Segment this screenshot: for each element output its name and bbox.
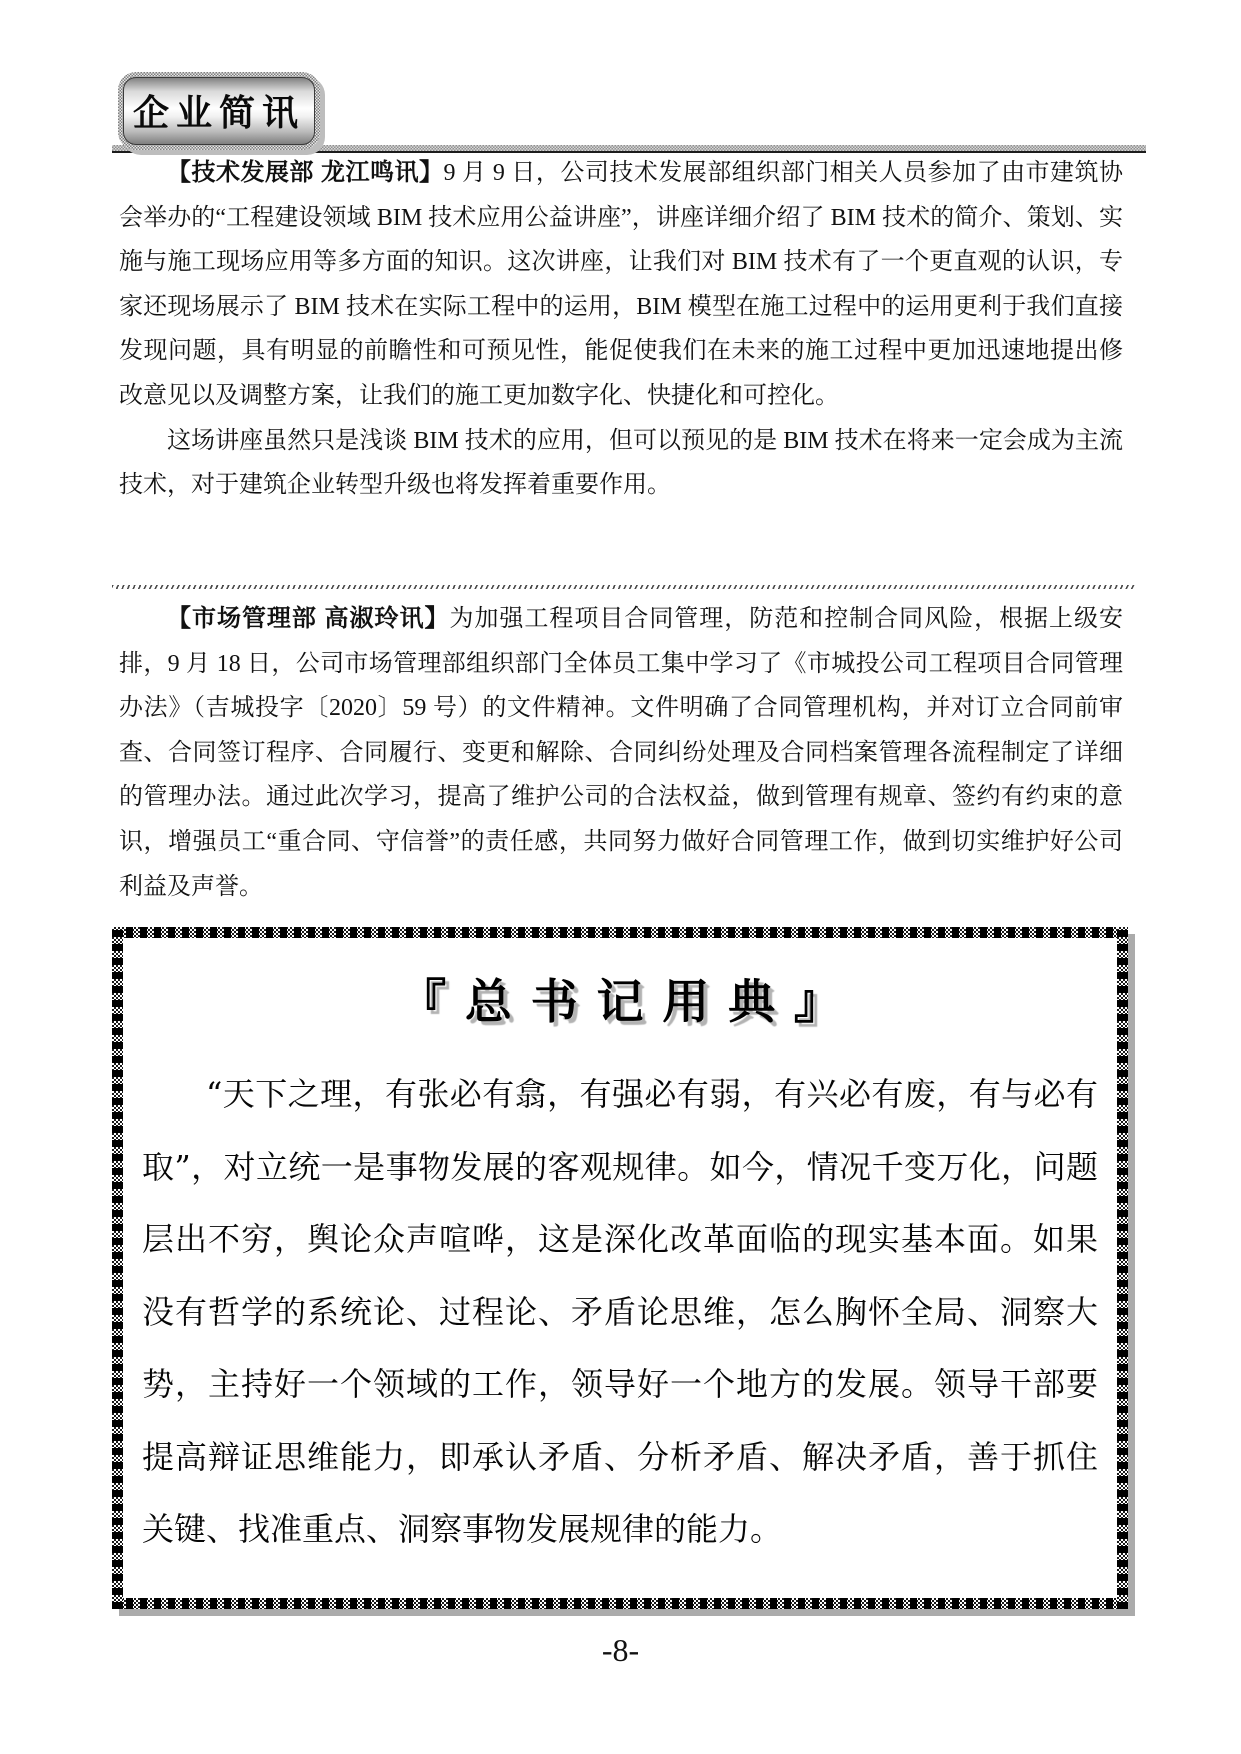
section-badge: 企业简讯 <box>118 72 320 150</box>
article-paragraph: 【技术发展部 龙江鸣讯】9 月 9 日，公司技术发展部组织部门相关人员参加了由市… <box>119 151 1123 419</box>
quote-box: 『总书记用典』 “天下之理，有张必有翕，有强必有弱，有兴必有废，有与必有取”，对… <box>112 927 1128 1609</box>
section-badge-label: 企业简讯 <box>133 85 305 136</box>
quote-box-title: 『总书记用典』 <box>112 965 1128 1032</box>
article-text: 为加强工程项目合同管理，防范和控制合同风险，根据上级安排，9 月 18 日，公司… <box>119 606 1123 900</box>
section-badge-face: 企业简讯 <box>123 77 315 145</box>
article-byline: 【市场管理部 高淑玲讯】 <box>167 605 449 632</box>
article-contract-management: 【市场管理部 高淑玲讯】为加强工程项目合同管理，防范和控制合同风险，根据上级安排… <box>119 597 1123 909</box>
article-divider <box>112 585 1136 589</box>
article-bim-lecture: 【技术发展部 龙江鸣讯】9 月 9 日，公司技术发展部组织部门相关人员参加了由市… <box>119 151 1123 508</box>
article-paragraph: 【市场管理部 高淑玲讯】为加强工程项目合同管理，防范和控制合同风险，根据上级安排… <box>119 597 1123 909</box>
quote-box-border-top <box>112 927 1128 938</box>
quote-box-border-bottom <box>112 1598 1128 1609</box>
page-number: -8- <box>0 1632 1241 1669</box>
article-paragraph: 这场讲座虽然只是浅谈 BIM 技术的应用，但可以预见的是 BIM 技术在将来一定… <box>119 419 1123 508</box>
quote-box-border-left <box>112 927 123 1609</box>
quote-box-border-right <box>1117 927 1128 1609</box>
quote-box-body: “天下之理，有张必有翕，有强必有弱，有兴必有废，有与必有取”，对立统一是事物发展… <box>142 1058 1098 1566</box>
article-text: 9 月 9 日，公司技术发展部组织部门相关人员参加了由市建筑协会举办的“工程建设… <box>119 160 1123 409</box>
newsletter-page: 企业简讯 【技术发展部 龙江鸣讯】9 月 9 日，公司技术发展部组织部门相关人员… <box>0 0 1241 1754</box>
article-byline: 【技术发展部 龙江鸣讯】 <box>167 159 443 186</box>
